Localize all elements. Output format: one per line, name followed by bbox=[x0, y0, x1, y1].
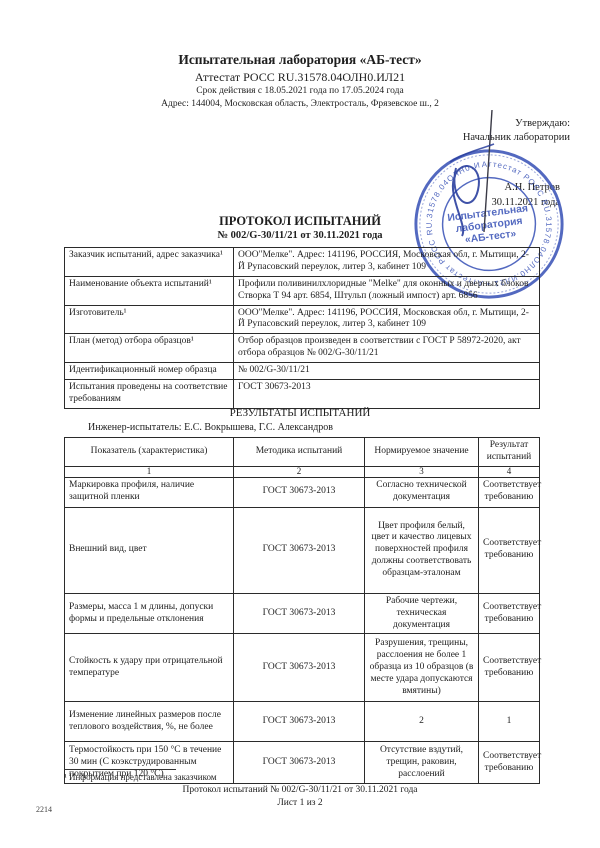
info-value: № 002/G-30/11/21 bbox=[234, 363, 540, 380]
protocol-title: ПРОТОКОЛ ИСПЫТАНИЙ bbox=[0, 213, 600, 229]
method-cell: ГОСТ 30673-2013 bbox=[234, 477, 365, 507]
footer-sheet-number: Лист 1 из 2 bbox=[0, 798, 600, 808]
norm-cell: Разрушения, трещины, расслоения не более… bbox=[365, 634, 479, 702]
results-section-title: РЕЗУЛЬТАТЫ ИСПЫТАНИЙ bbox=[0, 407, 600, 419]
result-cell: Соответствует требованию bbox=[479, 742, 540, 784]
info-value: ГОСТ 30673-2013 bbox=[234, 379, 540, 408]
attestation-line: Аттестат РОСС RU.31578.04ОЛН0.ИЛ21 bbox=[0, 70, 600, 85]
protocol-number: № 002/G-30/11/21 от 30.11.2021 года bbox=[0, 229, 600, 243]
result-row: Внешний вид, цвет ГОСТ 30673-2013 Цвет п… bbox=[65, 507, 540, 593]
result-cell: 1 bbox=[479, 702, 540, 742]
result-row: Маркировка профиля, наличие защитной пле… bbox=[65, 477, 540, 507]
method-cell: ГОСТ 30673-2013 bbox=[234, 507, 365, 593]
indicator-cell: Внешний вид, цвет bbox=[65, 507, 234, 593]
col-header-result: Результат испытаний bbox=[479, 438, 540, 467]
result-cell: Соответствует требованию bbox=[479, 593, 540, 634]
result-row: Изменение линейных размеров после теплов… bbox=[65, 702, 540, 742]
info-row: Изготовитель¹ ООО"Мелке". Адрес: 141196,… bbox=[65, 305, 540, 334]
result-cell: Соответствует требованию bbox=[479, 477, 540, 507]
document-header: Испытательная лаборатория «АБ-тест» Атте… bbox=[0, 52, 600, 111]
info-row: Испытания проведены на соответствие треб… bbox=[65, 379, 540, 408]
footnote: ¹ Информация представлена заказчиком bbox=[64, 772, 217, 782]
result-cell: Соответствует требованию bbox=[479, 634, 540, 702]
footer-protocol-line: Протокол испытаний № 002/G-30/11/21 от 3… bbox=[0, 785, 600, 795]
engineer-line: Инженер-испытатель: Е.С. Вокрышева, Г.С.… bbox=[88, 422, 333, 433]
info-row: Идентификационный номер образца № 002/G-… bbox=[65, 363, 540, 380]
norm-cell: Отсутствие вздутий, трещин, раковин, рас… bbox=[365, 742, 479, 784]
info-value: ООО"Мелке". Адрес: 141196, РОССИЯ, Моско… bbox=[234, 248, 540, 277]
results-header-row: Показатель (характеристика) Методика исп… bbox=[65, 438, 540, 467]
result-row: Стойкость к удару при отрицательной темп… bbox=[65, 634, 540, 702]
info-label: Изготовитель¹ bbox=[65, 305, 234, 334]
indicator-cell: Размеры, масса 1 м длины, допуски формы … bbox=[65, 593, 234, 634]
info-row: Заказчик испытаний, адрес заказчика¹ ООО… bbox=[65, 248, 540, 277]
col-header-method: Методика испытаний bbox=[234, 438, 365, 467]
column-number-row: 1 2 3 4 bbox=[65, 466, 540, 477]
results-table: Показатель (характеристика) Методика исп… bbox=[64, 437, 540, 784]
col-header-indicator: Показатель (характеристика) bbox=[65, 438, 234, 467]
col-number: 3 bbox=[365, 466, 479, 477]
info-table: Заказчик испытаний, адрес заказчика¹ ООО… bbox=[64, 247, 540, 409]
info-label: Идентификационный номер образца bbox=[65, 363, 234, 380]
document-title: ПРОТОКОЛ ИСПЫТАНИЙ № 002/G-30/11/21 от 3… bbox=[0, 213, 600, 243]
info-value: Отбор образцов произведен в соответствии… bbox=[234, 334, 540, 363]
info-label: Испытания проведены на соответствие треб… bbox=[65, 379, 234, 408]
info-label: Заказчик испытаний, адрес заказчика¹ bbox=[65, 248, 234, 277]
method-cell: ГОСТ 30673-2013 bbox=[234, 593, 365, 634]
info-value: Профили поливинилхлоридные "Melke" для о… bbox=[234, 276, 540, 305]
col-number: 1 bbox=[65, 466, 234, 477]
indicator-cell: Изменение линейных размеров после теплов… bbox=[65, 702, 234, 742]
col-header-norm: Нормируемое значение bbox=[365, 438, 479, 467]
footnote-rule bbox=[64, 769, 176, 770]
protocol-page: Испытательная лаборатория «АБ-тест» Атте… bbox=[0, 0, 600, 848]
method-cell: ГОСТ 30673-2013 bbox=[234, 634, 365, 702]
result-row: Размеры, масса 1 м длины, допуски формы … bbox=[65, 593, 540, 634]
info-row: Наименование объекта испытаний¹ Профили … bbox=[65, 276, 540, 305]
info-value: ООО"Мелке". Адрес: 141196, РОССИЯ, Моско… bbox=[234, 305, 540, 334]
norm-cell: 2 bbox=[365, 702, 479, 742]
norm-cell: Согласно технической документация bbox=[365, 477, 479, 507]
lab-name: Испытательная лаборатория «АБ-тест» bbox=[0, 52, 600, 69]
info-label: Наименование объекта испытаний¹ bbox=[65, 276, 234, 305]
col-number: 4 bbox=[479, 466, 540, 477]
col-number: 2 bbox=[234, 466, 365, 477]
indicator-cell: Стойкость к удару при отрицательной темп… bbox=[65, 634, 234, 702]
validity-line: Срок действия с 18.05.2021 года по 17.05… bbox=[0, 86, 600, 98]
info-row: План (метод) отбора образцов¹ Отбор обра… bbox=[65, 334, 540, 363]
result-cell: Соответствует требованию bbox=[479, 507, 540, 593]
info-label: План (метод) отбора образцов¹ bbox=[65, 334, 234, 363]
indicator-cell: Маркировка профиля, наличие защитной пле… bbox=[65, 477, 234, 507]
norm-cell: Цвет профиля белый, цвет и качество лице… bbox=[365, 507, 479, 593]
norm-cell: Рабочие чертежи, техническая документаци… bbox=[365, 593, 479, 634]
method-cell: ГОСТ 30673-2013 bbox=[234, 742, 365, 784]
corner-number: 2214 bbox=[36, 805, 52, 814]
method-cell: ГОСТ 30673-2013 bbox=[234, 702, 365, 742]
